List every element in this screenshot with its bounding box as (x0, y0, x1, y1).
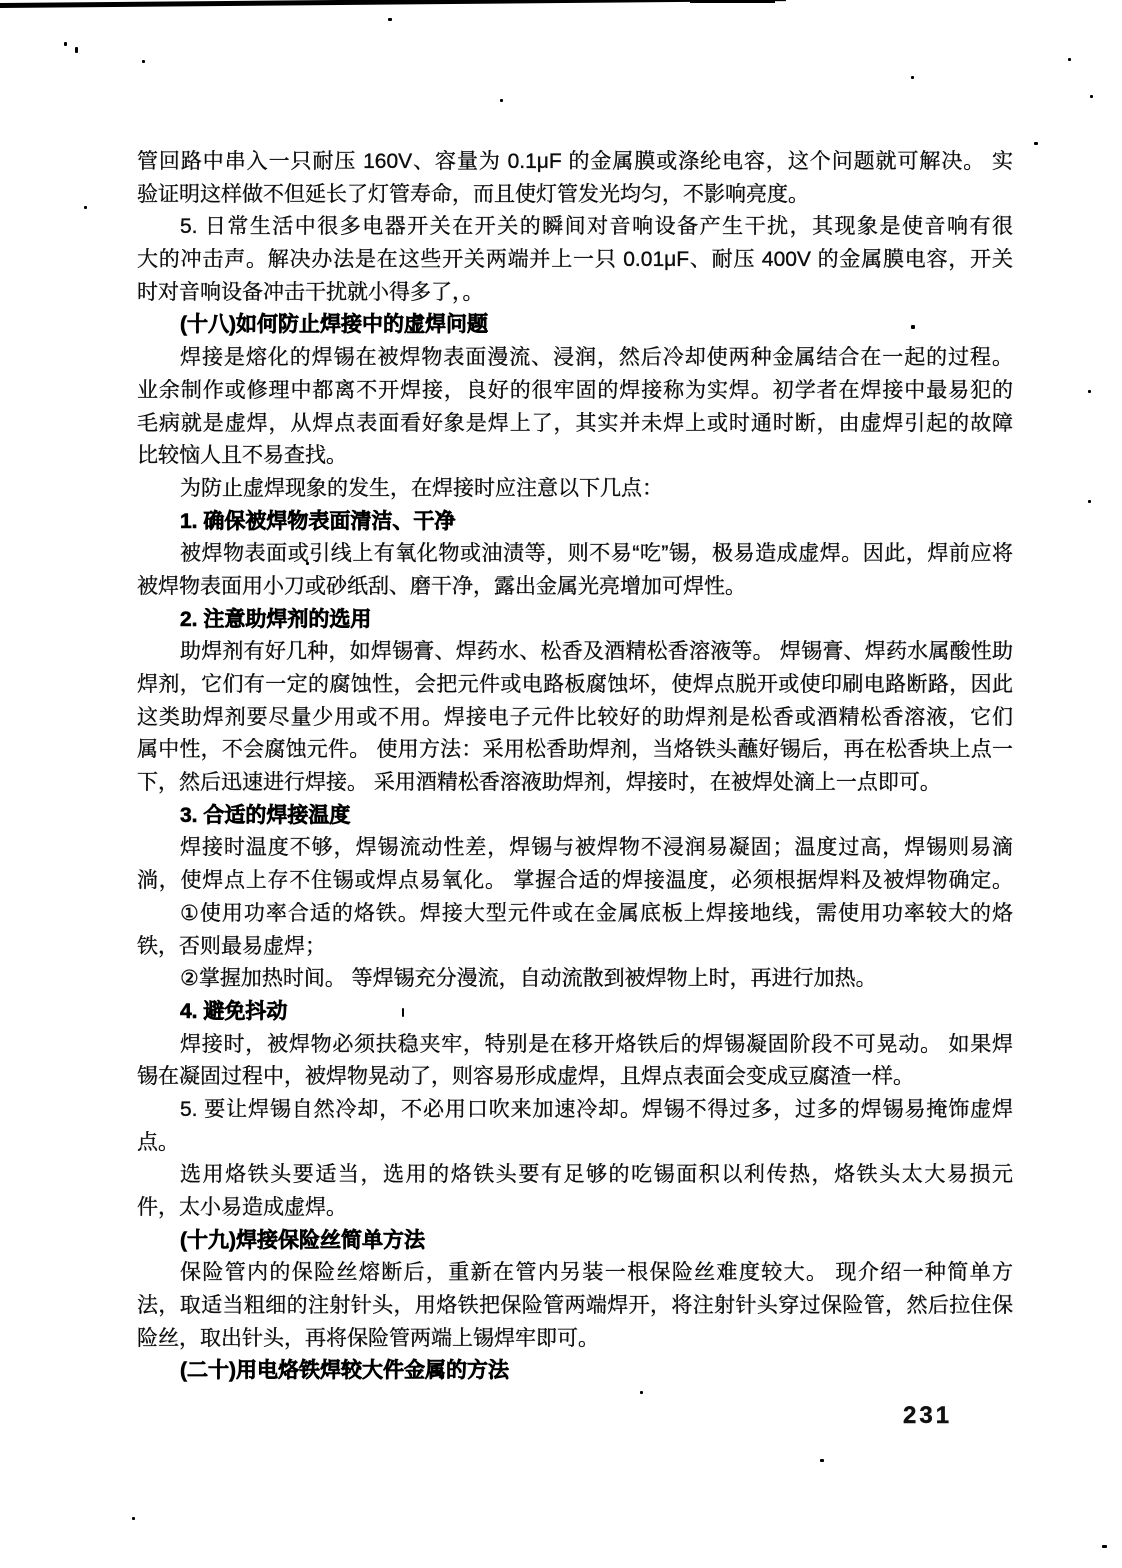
heading-line: (十九)焊接保险丝简单方法 (137, 1225, 1013, 1258)
heading-line: 2. 注意助焊剂的选用 (137, 604, 1013, 637)
text-line: 毛病就是虚焊，从焊点表面看好象是焊上了，其实并未焊上或时通时断，由虚焊引起的故障 (137, 408, 1013, 441)
scan-speck (388, 18, 392, 21)
heading-line: (十八)如何防止焊接中的虚焊问题 (137, 309, 1013, 342)
scan-edge-artifact (0, 0, 786, 8)
text-line: 保险管内的保险丝熔断后，重新在管内另装一根保险丝难度较大。 现介绍一种简单方 (137, 1257, 1013, 1290)
text-line: 锡在凝固过程中，被焊物晃动了，则容易形成虚焊，且焊点表面会变成豆腐渣一样。 (137, 1061, 1013, 1094)
scan-speck (766, 1108, 769, 1111)
heading-line: 3. 合适的焊接温度 (137, 800, 1013, 833)
text-line: 淌，使焊点上存不住锡或焊点易氧化。 掌握合适的焊接温度，必须根据焊料及被焊物确定… (137, 865, 1013, 898)
text-line: 比较恼人且不易查找。 (137, 440, 1013, 473)
scan-speck (142, 60, 145, 63)
scan-speck (84, 206, 87, 209)
text-line: ②掌握加热时间。 等焊锡充分漫流，自动流散到被焊物上时，再进行加热。 (137, 963, 1013, 996)
text-line: 时对音响设备冲击干扰就小得多了，。 (137, 277, 1013, 310)
text-line: 被焊物表面或引线上有氧化物或油渍等，则不易“吃”锡，极易造成虚焊。因此，焊前应将 (137, 538, 1013, 571)
text-line: 焊剂，它们有一定的腐蚀性，会把元件或电路板腐蚀坏，使焊点脱开或使印刷电路断路，因… (137, 669, 1013, 702)
scan-speck (75, 47, 78, 53)
text-line: 为防止虚焊现象的发生，在焊接时应注意以下几点： (137, 473, 1013, 506)
scan-speck (911, 325, 915, 329)
page-number: 231 (903, 1402, 952, 1430)
text-line: 件，太小易造成虚焊。 (137, 1192, 1013, 1225)
scan-speck (820, 1459, 824, 1462)
text-line: 属中性，不会腐蚀元件。 使用方法：采用松香助焊剂，当烙铁头蘸好锡后，再在松香块上… (137, 734, 1013, 767)
heading-line: (二十)用电烙铁焊较大件金属的方法 (137, 1355, 1013, 1388)
text-line: 铁，否则最易虚焊； (137, 931, 1013, 964)
scan-speck (1088, 500, 1091, 503)
text-line: 法，取适当粗细的注射针头，用烙铁把保险管两端焊开，将注射针头穿过保险管，然后拉住… (137, 1290, 1013, 1323)
scanned-book-page: 管回路中串入一只耐压 160V、容量为 0.1μF 的金属膜或涤纶电容，这个问题… (0, 0, 1122, 1568)
text-line: 焊接时温度不够，焊锡流动性差，焊锡与被焊物不浸润易凝固；温度过高，焊锡则易滴 (137, 832, 1013, 865)
text-line: 点。 (137, 1127, 1013, 1160)
text-line: 5. 要让焊锡自然冷却，不必用口吹来加速冷却。焊锡不得过多，过多的焊锡易掩饰虚焊 (137, 1094, 1013, 1127)
scan-speck (1088, 390, 1091, 393)
text-line: 验证明这样做不但延长了灯管寿命，而且使灯管发光均匀，不影响亮度。 (137, 179, 1013, 212)
text-line: 被焊物表面用小刀或砂纸刮、磨干净，露出金属光亮增加可焊性。 (137, 571, 1013, 604)
heading-line: 4. 避免抖动 (137, 996, 1013, 1029)
text-line: 业余制作或修理中都离不开焊接，良好的很牢固的焊接称为实焊。初学者在焊接中最易犯的 (137, 375, 1013, 408)
scan-speck (306, 562, 309, 565)
scan-speck (1102, 1545, 1107, 1548)
text-line: 5. 日常生活中很多电器开关在开关的瞬间对音响设备产生干扰，其现象是使音响有很 (137, 211, 1013, 244)
scan-speck (1034, 142, 1038, 145)
scan-speck (640, 1391, 643, 1394)
scan-speck (64, 42, 67, 46)
text-line: 焊接是熔化的焊锡在被焊物表面漫流、浸润，然后冷却使两种金属结合在一起的过程。 (137, 342, 1013, 375)
text-line: 下，然后迅速进行焊接。 采用酒精松香溶液助焊剂，焊接时，在被焊处滴上一点即可。 (137, 767, 1013, 800)
scan-edge-artifact (690, 0, 775, 3)
scan-speck (1090, 95, 1093, 98)
scan-speck (911, 76, 914, 79)
text-column: 管回路中串入一只耐压 160V、容量为 0.1μF 的金属膜或涤纶电容，这个问题… (137, 146, 1013, 1388)
text-line: 焊接时，被焊物必须扶稳夹牢，特别是在移开烙铁后的焊锡凝固阶段不可晃动。 如果焊 (137, 1029, 1013, 1062)
text-line: 管回路中串入一只耐压 160V、容量为 0.1μF 的金属膜或涤纶电容，这个问题… (137, 146, 1013, 179)
text-line: 大的冲击声。解决办法是在这些开关两端并上一只 0.01μF、耐压 400V 的金… (137, 244, 1013, 277)
scan-speck (1068, 58, 1071, 61)
text-line: 险丝，取出针头，再将保险管两端上锡焊牢即可。 (137, 1323, 1013, 1356)
scan-speck (402, 1008, 404, 1017)
scan-speck (132, 1517, 135, 1520)
heading-line: 1. 确保被焊物表面清洁、干净 (137, 506, 1013, 539)
scan-speck (500, 99, 503, 102)
text-line: 选用烙铁头要适当，选用的烙铁头要有足够的吃锡面积以利传热，烙铁头太大易损元 (137, 1159, 1013, 1192)
text-line: 这类助焊剂要尽量少用或不用。焊接电子元件比较好的助焊剂是松香或酒精松香溶液，它们 (137, 702, 1013, 735)
text-line: 助焊剂有好几种，如焊锡膏、焊药水、松香及酒精松香溶液等。 焊锡膏、焊药水属酸性助 (137, 636, 1013, 669)
text-line: ①使用功率合适的烙铁。焊接大型元件或在金属底板上焊接地线，需使用功率较大的烙 (137, 898, 1013, 931)
